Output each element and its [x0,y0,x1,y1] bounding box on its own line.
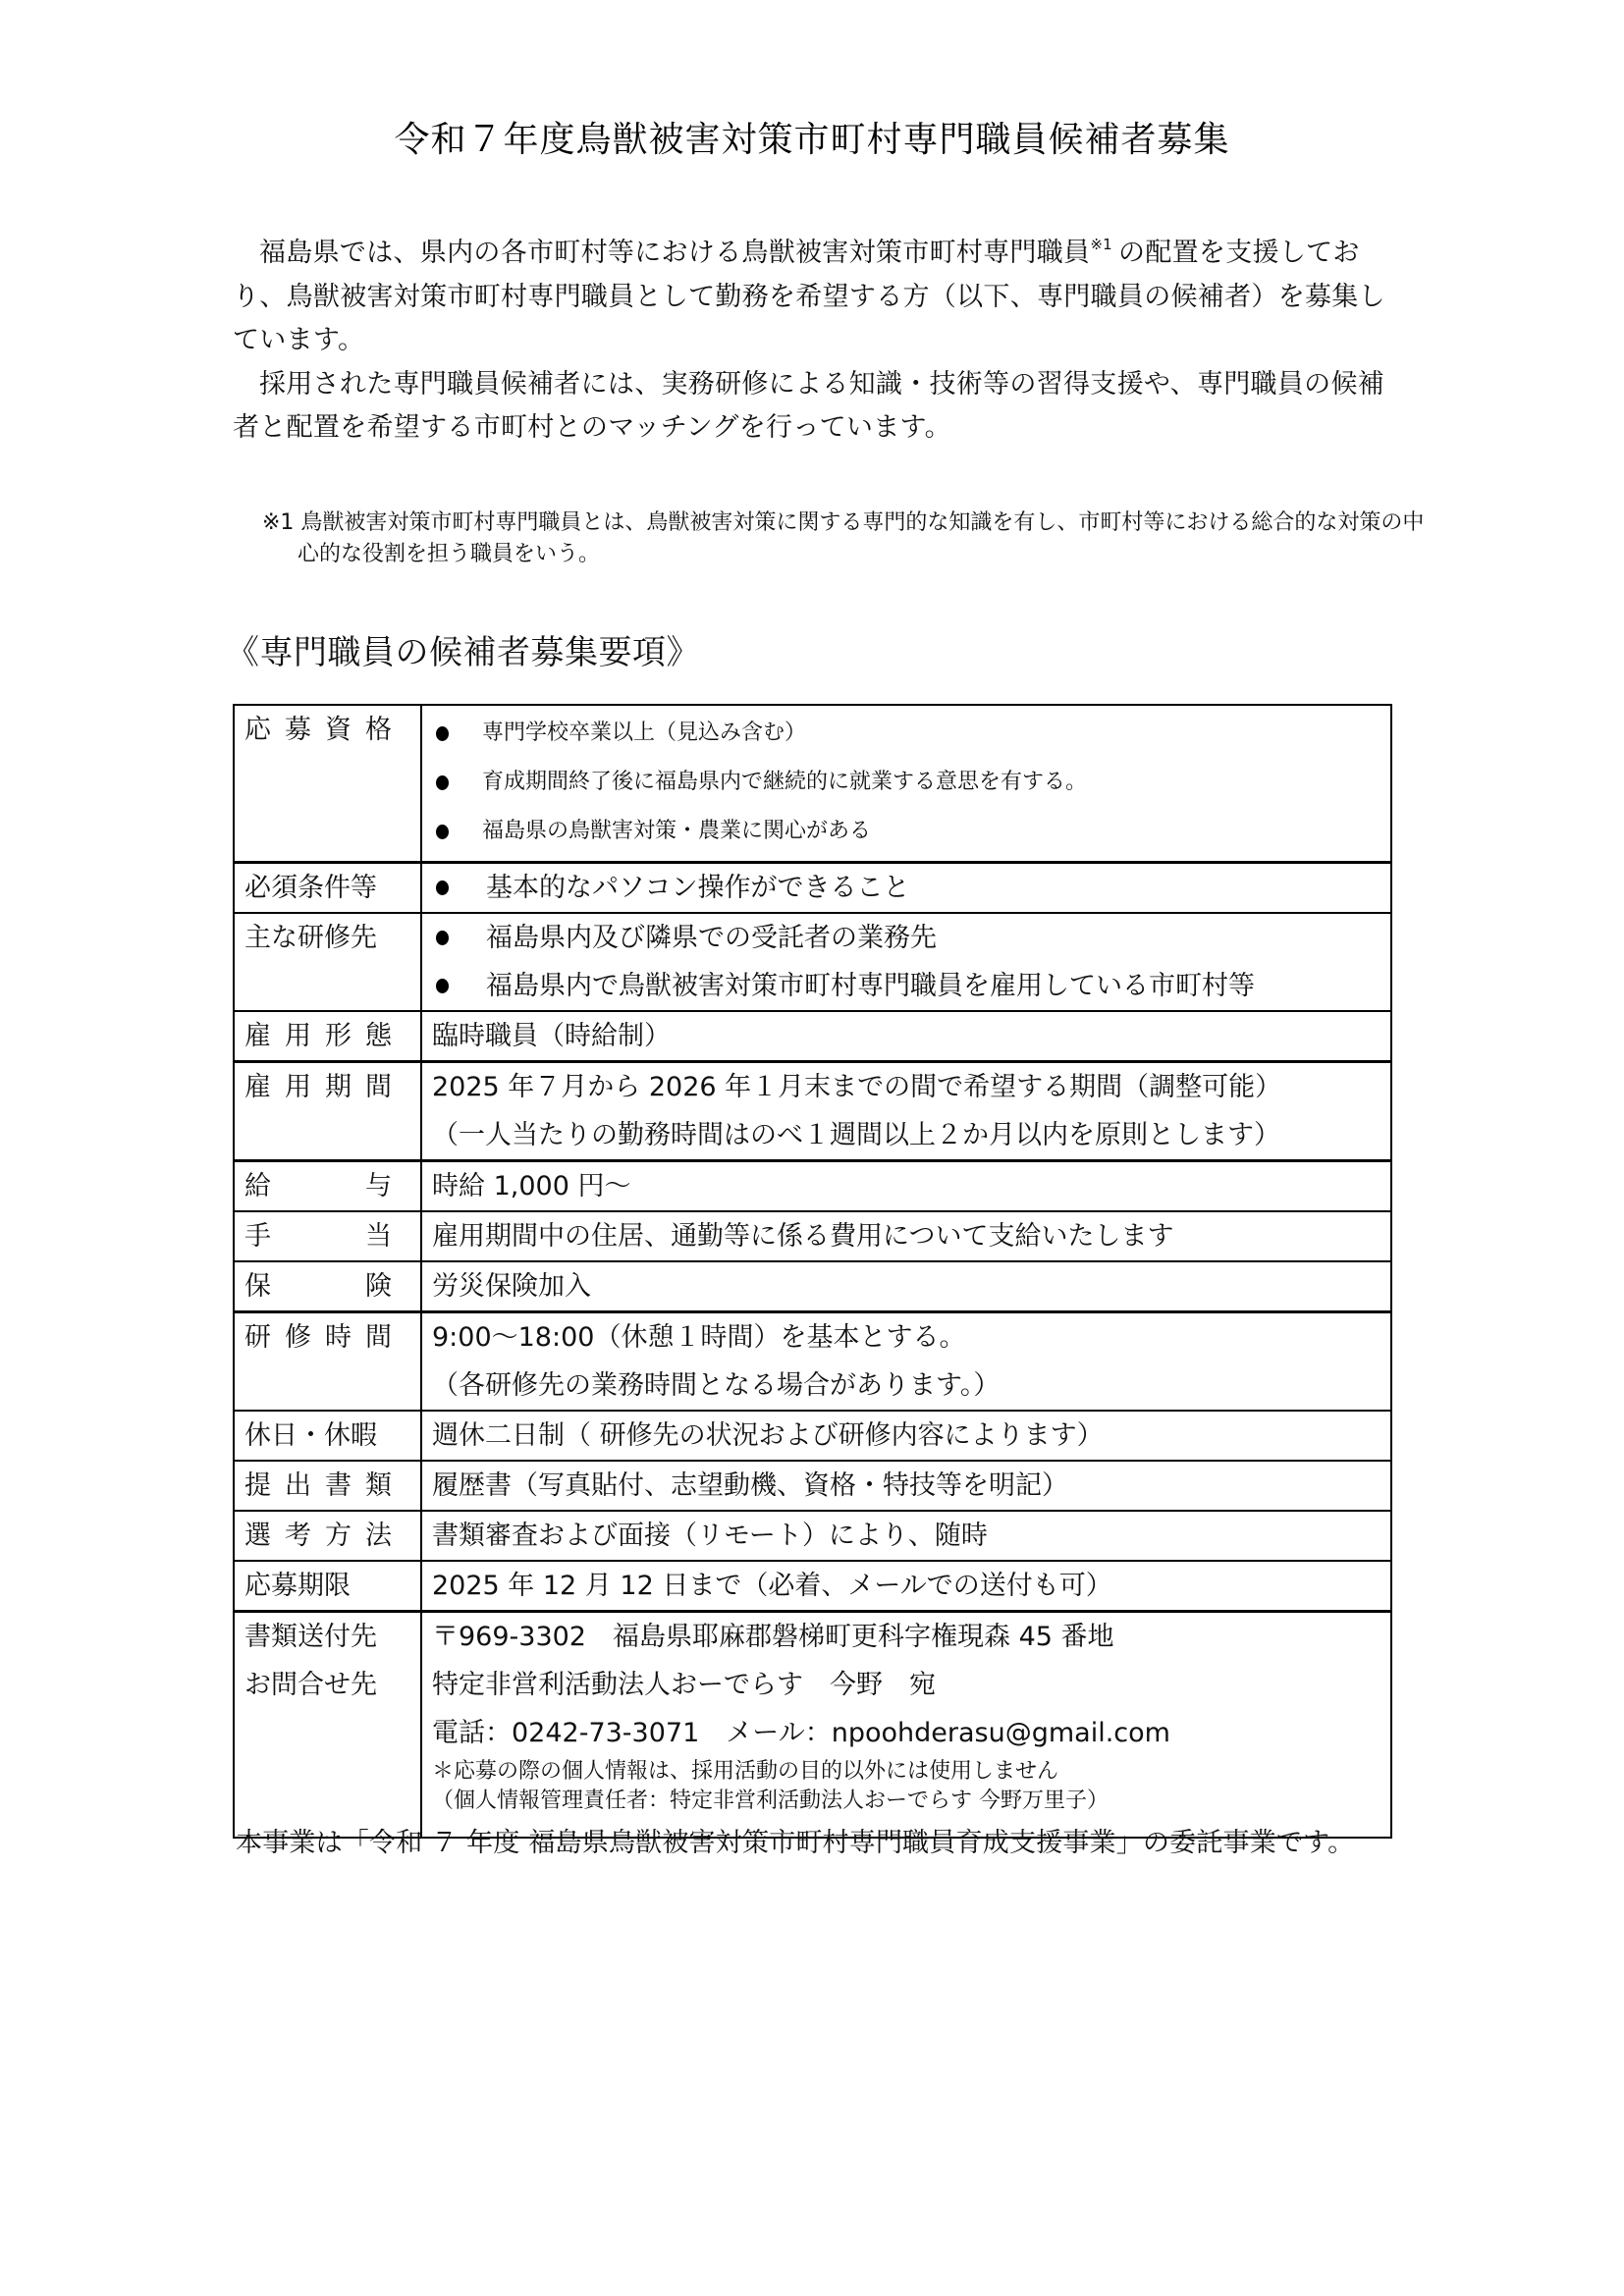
label-char: 間 [365,1063,392,1111]
label-char: 募 [285,706,311,754]
row-label: 雇 用 期 間 [234,1061,421,1160]
label-training-hours: 研 修 時 間 [244,1313,392,1362]
label-char: 雇 [244,1063,271,1111]
bullet-item: 福島県内及び隣県での受託者の業務先 [432,914,1382,962]
note-line: （個人情報管理責任者：特定非営利活動法人おーでらす 今野万里子） [432,1787,1382,1816]
label-char: 法 [365,1512,392,1560]
label-char: 書 [325,1462,352,1510]
bullet-icon [436,775,449,790]
bullet-icon [436,931,449,945]
bullet-icon [436,726,449,741]
row-label: 書類送付先 お問合せ先 [234,1611,421,1838]
privacy-notes: ＊応募の際の個人情報は、採用活動の目的以外には使用しません （個人情報管理責任者… [432,1757,1382,1820]
row-label: 応 募 資 格 [234,705,421,862]
row-label: 応募期限 [234,1561,421,1612]
label-char: 態 [365,1012,392,1060]
row-label: 休日・休暇 [234,1411,421,1461]
bullet-text: 基本的なパソコン操作ができること [486,864,909,912]
bullet-text: 福島県内で鳥獣被害対策市町村専門職員を雇用している市町村等 [486,962,1255,1010]
label-qualification: 応 募 資 格 [244,706,392,754]
label-employment-period: 雇 用 期 間 [244,1063,392,1111]
row-value: 〒969-3302 福島県耶麻郡磐梯町更科字権現森 45 番地 特定非営利活動法… [421,1611,1391,1838]
label-char: 与 [365,1162,392,1210]
label-char: 形 [325,1012,352,1060]
label-char: 提 [244,1462,271,1510]
bullet-item: 専門学校卒業以上（見込み含む） [432,709,1382,758]
label-char: 雇 [244,1012,271,1060]
bullet-text: 福島県内及び隣県での受託者の業務先 [486,914,937,962]
bullet-item: 福島県の鳥獣害対策・農業に関心がある [432,807,1382,856]
row-value: 福島県内及び隣県での受託者の業務先 福島県内で鳥獣被害対策市町村専門職員を雇用し… [421,913,1391,1011]
label-char: 類 [365,1462,392,1510]
label-char: 用 [285,1012,311,1060]
bullet-text: 育成期間終了後に福島県内で継続的に就業する意思を有する。 [482,758,1087,807]
row-value: 臨時職員（時給制） [421,1011,1391,1062]
value-line: （一人当たりの勤務時間はのべ１週間以上２か月以内を原則とします） [432,1111,1382,1159]
bullet-item: 基本的なパソコン操作ができること [432,864,1382,912]
label-char: 給 [244,1162,271,1210]
label-char: 険 [365,1262,392,1310]
bullet-icon [436,979,449,993]
row-label: 選 考 方 法 [234,1511,421,1561]
label-char: 方 [325,1512,352,1560]
table-row-salary: 給 与 時給 1,000 円～ [234,1160,1391,1211]
label-char: 応 [244,706,271,754]
row-value: 雇用期間中の住居、通勤等に係る費用について支給いたします [421,1211,1391,1261]
row-value: 履歴書（写真貼付、志望動機、資格・特技等を明記） [421,1461,1391,1511]
bullet-text: 専門学校卒業以上（見込み含む） [482,709,806,758]
intro-p1-text: 福島県では、県内の各市町村等における鳥獣被害対策市町村専門職員 [259,238,1090,268]
intro-paragraph-1: 福島県では、県内の各市町村等における鳥獣被害対策市町村専門職員※1の配置を支援し… [233,232,1401,363]
table-row-documents: 提 出 書 類 履歴書（写真貼付、志望動機、資格・特技等を明記） [234,1461,1391,1511]
bullet-item: 福島県内で鳥獣被害対策市町村専門職員を雇用している市町村等 [432,962,1382,1010]
row-value: 基本的なパソコン操作ができること [421,862,1391,913]
value-line: （各研修先の業務時間となる場合があります。） [432,1362,1382,1410]
row-label: 雇 用 形 態 [234,1011,421,1062]
row-label: 給 与 [234,1160,421,1211]
row-value: 2025 年 12 月 12 日まで（必着、メールでの送付も可） [421,1561,1391,1612]
table-row-employment-type: 雇 用 形 態 臨時職員（時給制） [234,1011,1391,1062]
row-value: 専門学校卒業以上（見込み含む） 育成期間終了後に福島県内で継続的に就業する意思を… [421,705,1391,862]
label-char: 選 [244,1512,271,1560]
table-row-contact: 書類送付先 お問合せ先 〒969-3302 福島県耶麻郡磐梯町更科字権現森 45… [234,1611,1391,1838]
table-row-qualification: 応 募 資 格 専門学校卒業以上（見込み含む） 育成期間終了後に福島県内で継続的… [234,705,1391,862]
label-salary: 給 与 [244,1162,392,1210]
intro-paragraph-2: 採用された専門職員候補者には、実務研修による知識・技術等の習得支援や、専門職員の… [233,363,1401,451]
table-row-selection: 選 考 方 法 書類審査および面接（リモート）により、随時 [234,1511,1391,1561]
row-label: 必須条件等 [234,862,421,913]
label-char: 出 [285,1462,311,1510]
label-line: 書類送付先 [244,1613,416,1661]
value-line: 2025 年７月から 2026 年１月末までの間で希望する期間（調整可能） [432,1063,1382,1111]
value-line: 9:00～18:00（休憩１時間）を基本とする。 [432,1313,1382,1362]
label-char: 時 [325,1313,352,1362]
row-label: 主な研修先 [234,913,421,1011]
phone-email-line: 電話：0242-73-3071 メール：npoohderasu@gmail.co… [432,1709,1382,1757]
label-char: 格 [365,706,392,754]
table-row-employment-period: 雇 用 期 間 2025 年７月から 2026 年１月末までの間で希望する期間（… [234,1061,1391,1160]
label-char: 手 [244,1212,271,1260]
label-insurance: 保 険 [244,1262,392,1310]
label-char: 保 [244,1262,271,1310]
bullet-text: 福島県の鳥獣害対策・農業に関心がある [482,807,871,856]
section-heading: 《専門職員の候補者募集要項》 [226,628,700,677]
label-char: 用 [285,1063,311,1111]
organization-line: 特定非営利活動法人おーでらす 今野 宛 [432,1661,1382,1709]
row-label: 手 当 [234,1211,421,1261]
table-row-requirements: 必須条件等 基本的なパソコン操作ができること [234,862,1391,913]
intro-text: 福島県では、県内の各市町村等における鳥獣被害対策市町村専門職員※1の配置を支援し… [233,232,1401,451]
page-title: 令和７年度鳥獣被害対策市町村専門職員候補者募集 [0,116,1624,165]
table-row-training-sites: 主な研修先 福島県内及び隣県での受託者の業務先 福島県内で鳥獣被害対策市町村専門… [234,913,1391,1011]
table-row-allowance: 手 当 雇用期間中の住居、通勤等に係る費用について支給いたします [234,1211,1391,1261]
label-char: 研 [244,1313,271,1362]
label-char: 当 [365,1212,392,1260]
bullet-item: 育成期間終了後に福島県内で継続的に就業する意思を有する。 [432,758,1382,807]
label-documents: 提 出 書 類 [244,1462,392,1510]
row-label: 研 修 時 間 [234,1311,421,1411]
row-value: 9:00～18:00（休憩１時間）を基本とする。 （各研修先の業務時間となる場合… [421,1311,1391,1411]
row-label: 提 出 書 類 [234,1461,421,1511]
row-label: 保 険 [234,1261,421,1312]
note-line: ＊応募の際の個人情報は、採用活動の目的以外には使用しません [432,1757,1382,1787]
table-row-training-hours: 研 修 時 間 9:00～18:00（休憩１時間）を基本とする。 （各研修先の業… [234,1311,1391,1411]
row-value: 書類審査および面接（リモート）により、随時 [421,1511,1391,1561]
row-value: 2025 年７月から 2026 年１月末までの間で希望する期間（調整可能） （一… [421,1061,1391,1160]
label-char: 修 [285,1313,311,1362]
table-row-insurance: 保 険 労災保険加入 [234,1261,1391,1312]
row-value: 時給 1,000 円～ [421,1160,1391,1211]
requirements-table: 応 募 資 格 専門学校卒業以上（見込み含む） 育成期間終了後に福島県内で継続的… [233,704,1392,1839]
table-row-holidays: 休日・休暇 週休二日制（ 研修先の状況および研修内容によります） [234,1411,1391,1461]
label-allowance: 手 当 [244,1212,392,1260]
bullet-icon [436,881,449,895]
label-char: 資 [325,706,352,754]
bullet-icon [436,825,449,839]
footnote: ※1 鳥獣被害対策市町村専門職員とは、鳥獣被害対策に関する専門的な知識を有し、市… [262,507,1441,570]
label-selection: 選 考 方 法 [244,1512,392,1560]
label-employment-type: 雇 用 形 態 [244,1012,392,1060]
footnote-ref: ※1 [1090,236,1112,253]
label-char: 間 [365,1313,392,1362]
row-value: 週休二日制（ 研修先の状況および研修内容によります） [421,1411,1391,1461]
label-char: 期 [325,1063,352,1111]
table-row-deadline: 応募期限 2025 年 12 月 12 日まで（必着、メールでの送付も可） [234,1561,1391,1612]
label-char: 考 [285,1512,311,1560]
address-line: 〒969-3302 福島県耶麻郡磐梯町更科字権現森 45 番地 [432,1613,1382,1661]
closing-note: 本事業は「令和 ７ 年度 福島県鳥獣被害対策市町村専門職員育成支援事業」の委託事… [236,1822,1354,1865]
label-line: お問合せ先 [244,1661,416,1709]
row-value: 労災保険加入 [421,1261,1391,1312]
